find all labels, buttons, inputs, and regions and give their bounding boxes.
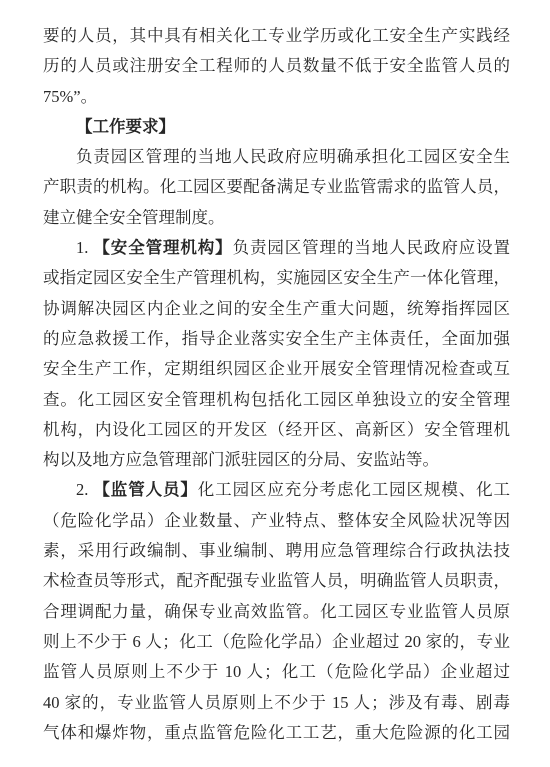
text-line: 建立健全安全管理制度。 (43, 203, 510, 233)
text-line: 75%”。 (43, 82, 510, 112)
text-run: 监管人员原则上不少于 10 人；化工（危险化学品）企业超过 (43, 662, 510, 681)
text-run: 历的人员或注册安全工程师的人员数量不低于安全监管人员的 (43, 56, 510, 75)
text-line: 产职责的机构。化工园区要配备满足专业监管需求的监管人员， (43, 172, 510, 202)
text-line: 机构，内设化工园区的开发区（经开区、高新区）安全管理机 (43, 415, 510, 445)
bold-text-run: 【工作要求】 (76, 117, 175, 136)
text-run: 查。化工园区安全管理机构包括化工园区单独设立的安全管理 (43, 390, 510, 409)
text-line: 安全生产工作，定期组织园区企业开展安全管理情况检查或互 (43, 354, 510, 384)
text-run: 75%”。 (43, 87, 97, 106)
text-run: 气体和爆炸物，重点监管危险化工工艺，重大危险源的化工园 (43, 723, 510, 742)
text-line: 合理调配力量，确保专业高效监管。化工园区专业监管人员原 (43, 597, 510, 627)
text-run: 则上不少于 6 人；化工（危险化学品）企业超过 20 家的，专业 (43, 632, 510, 651)
document-text-block: 要的人员，其中具有相关化工专业学历或化工安全生产实践经历的人员或注册安全工程师的… (43, 21, 510, 748)
text-line: 监管人员原则上不少于 10 人；化工（危险化学品）企业超过 (43, 657, 510, 687)
text-run: 要的人员，其中具有相关化工专业学历或化工安全生产实践经 (43, 26, 510, 45)
text-line: 负责园区管理的当地人民政府应明确承担化工园区安全生 (43, 142, 510, 172)
text-run: 产职责的机构。化工园区要配备满足专业监管需求的监管人员， (43, 177, 510, 196)
text-line: 40 家的，专业监管人员原则上不少于 15 人；涉及有毒、剧毒 (43, 688, 510, 718)
text-line: 或指定园区安全生产管理机构，实施园区安全生产一体化管理， (43, 263, 510, 293)
text-run: 术检查员等形式，配齐配强专业监管人员，明确监管人员职责， (43, 571, 510, 590)
text-run: 2. (76, 480, 93, 499)
text-run: 构以及地方应急管理部门派驻园区的分局、安监站等。 (43, 450, 439, 469)
text-run: 40 家的，专业监管人员原则上不少于 15 人；涉及有毒、剧毒 (43, 693, 510, 712)
text-line: 协调解决园区内企业之间的安全生产重大问题，统筹指挥园区 (43, 294, 510, 324)
text-run: 1. (76, 238, 93, 257)
bold-text-run: 【监管人员】 (93, 480, 197, 499)
document-page: 要的人员，其中具有相关化工专业学历或化工安全生产实践经历的人员或注册安全工程师的… (0, 0, 550, 767)
text-line: 的应急救援工作，指导企业落实安全生产主体责任，全面加强 (43, 324, 510, 354)
text-line: 则上不少于 6 人；化工（危险化学品）企业超过 20 家的，专业 (43, 627, 510, 657)
text-run: 化工园区应充分考虑化工园区规模、化工 (198, 480, 510, 499)
text-line: 术检查员等形式，配齐配强专业监管人员，明确监管人员职责， (43, 566, 510, 596)
text-run: 机构，内设化工园区的开发区（经开区、高新区）安全管理机 (43, 420, 510, 439)
text-line: 构以及地方应急管理部门派驻园区的分局、安监站等。 (43, 445, 510, 475)
text-line: 1. 【安全管理机构】负责园区管理的当地人民政府应设置 (43, 233, 510, 263)
text-run: 合理调配力量，确保专业高效监管。化工园区专业监管人员原 (43, 602, 510, 621)
text-run: 的应急救援工作，指导企业落实安全生产主体责任，全面加强 (43, 329, 510, 348)
text-run: 或指定园区安全生产管理机构，实施园区安全生产一体化管理， (43, 268, 510, 287)
text-run: 负责园区管理的当地人民政府应设置 (233, 238, 510, 257)
text-line: 2. 【监管人员】化工园区应充分考虑化工园区规模、化工 (43, 475, 510, 505)
text-run: 协调解决园区内企业之间的安全生产重大问题，统筹指挥园区 (43, 299, 510, 318)
text-run: 素，采用行政编制、事业编制、聘用应急管理综合行政执法技 (43, 541, 510, 560)
text-line: 历的人员或注册安全工程师的人员数量不低于安全监管人员的 (43, 51, 510, 81)
text-line: 查。化工园区安全管理机构包括化工园区单独设立的安全管理 (43, 385, 510, 415)
text-line: （危险化学品）企业数量、产业特点、整体安全风险状况等因 (43, 506, 510, 536)
text-line: 素，采用行政编制、事业编制、聘用应急管理综合行政执法技 (43, 536, 510, 566)
text-line: 气体和爆炸物，重点监管危险化工工艺，重大危险源的化工园 (43, 718, 510, 748)
text-run: 建立健全安全管理制度。 (43, 208, 225, 227)
bold-text-run: 【安全管理机构】 (93, 238, 232, 257)
text-run: 安全生产工作，定期组织园区企业开展安全管理情况检查或互 (43, 359, 510, 378)
text-run: 负责园区管理的当地人民政府应明确承担化工园区安全生 (76, 147, 510, 166)
text-line: 要的人员，其中具有相关化工专业学历或化工安全生产实践经 (43, 21, 510, 51)
text-line: 【工作要求】 (43, 112, 510, 142)
text-run: （危险化学品）企业数量、产业特点、整体安全风险状况等因 (43, 511, 510, 530)
